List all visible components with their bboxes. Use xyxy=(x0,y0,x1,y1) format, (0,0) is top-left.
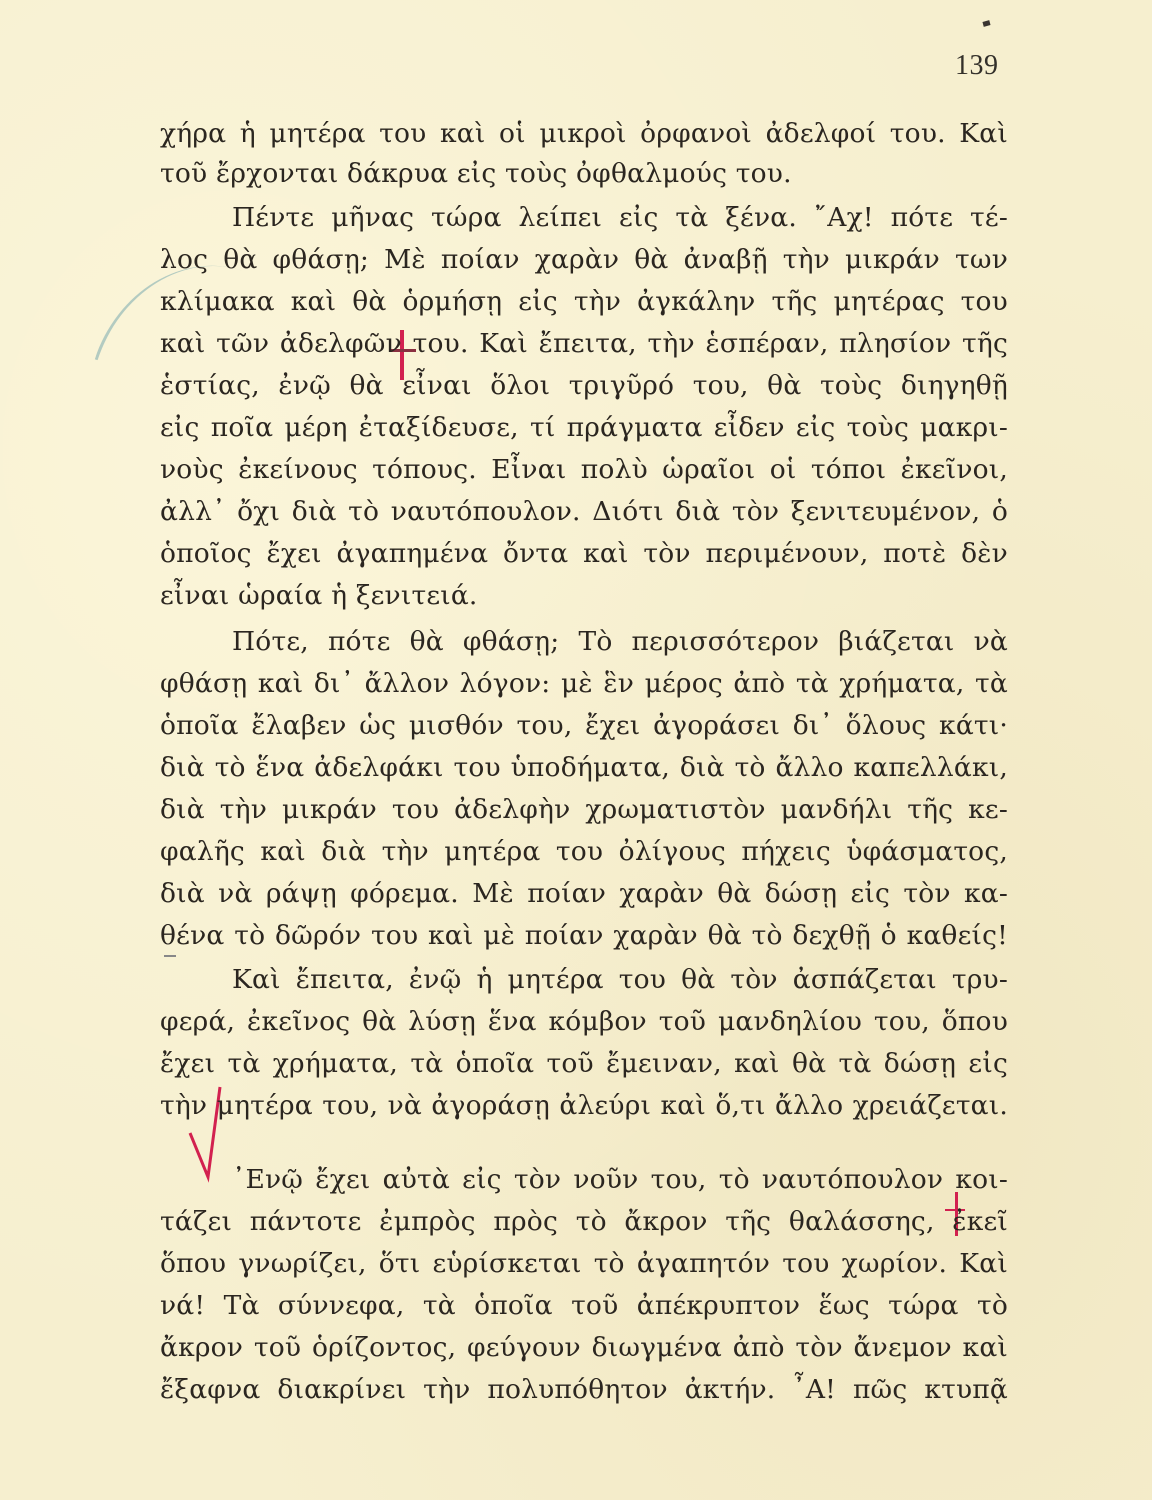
text-line: φαλῆς καὶ διὰ τὴν μητέρα του ὀλίγους πήχ… xyxy=(160,832,1008,872)
text-line: εἶναι ὡραία ἡ ξενιτειά. xyxy=(160,576,1008,616)
text-line: Καὶ ἔπειτα, ἐνῷ ἡ μητέρα του θὰ τὸν ἀσπά… xyxy=(160,960,1008,1000)
text-line: ᾿Ενῷ ἔχει αὐτὰ εἰς τὸν νοῦν του, τὸ ναυτ… xyxy=(160,1160,1008,1200)
text-line: διὰ τὸ ἕνα ἀδελφάκι του ὑποδήματα, διὰ τ… xyxy=(160,748,1008,788)
ink-speck xyxy=(982,20,990,27)
text-line: νά! Τὰ σύννεφα, τὰ ὁποῖα τοῦ ἀπέκρυπτον … xyxy=(160,1286,1008,1326)
text-line: ἀλλ᾿ ὄχι διὰ τὸ ναυτόπουλον. Διότι διὰ τ… xyxy=(160,492,1008,532)
text-line: ὁποῖος ἔχει ἀγαπημένα ὄντα καὶ τὸν περιμ… xyxy=(160,534,1008,574)
text-line: θένα τὸ δῶρόν του καὶ μὲ ποίαν χαρὰν θὰ … xyxy=(160,916,1008,956)
text-line: τοῦ ἔρχονται δάκρυα εἰς τοὺς ὀφθαλμούς τ… xyxy=(160,154,1008,194)
text-line: καὶ τῶν ἀδελφῶν του. Καὶ ἔπειτα, τὴν ἑσπ… xyxy=(160,324,1008,364)
text-line: ὅπου γνωρίζει, ὅτι εὑρίσκεται τὸ ἀγαπητό… xyxy=(160,1244,1008,1284)
text-line: φθάσῃ καὶ δι᾿ ἄλλον λόγον: μὲ ἓν μέρος ἀ… xyxy=(160,664,1008,704)
text-line: διὰ νὰ ράψῃ φόρεμα. Μὲ ποίαν χαρὰν θὰ δώ… xyxy=(160,874,1008,914)
text-line: ἔχει τὰ χρήματα, τὰ ὁποῖα τοῦ ἔμειναν, κ… xyxy=(160,1044,1008,1084)
text-line: ἑστίας, ἐνῷ θὰ εἶναι ὅλοι τριγῦρό του, θ… xyxy=(160,366,1008,406)
text-line: φερά, ἐκεῖνος θὰ λύσῃ ἕνα κόμβον τοῦ μαν… xyxy=(160,1002,1008,1042)
text-line: κλίμακα καὶ θὰ ὁρμήσῃ εἰς τὴν ἀγκάλην τῆ… xyxy=(160,282,1008,322)
text-line: τὴν μητέρα του, νὰ ἀγοράσῃ ἀλεύρι καὶ ὅ,… xyxy=(160,1086,1008,1126)
text-line: ὁποῖα ἔλαβεν ὡς μισθόν του, ἔχει ἀγοράσε… xyxy=(160,706,1008,746)
text-line: χήρα ἡ μητέρα του καὶ οἱ μικροὶ ὀρφανοὶ … xyxy=(160,114,1008,154)
text-line: διὰ τὴν μικράν του ἀδελφὴν χρωματιστὸν μ… xyxy=(160,790,1008,830)
text-line: ἔξαφνα διακρίνει τὴν πολυπόθητον ἀκτήν. … xyxy=(160,1370,1008,1410)
text-line: Πέντε μῆνας τώρα λείπει εἰς τὰ ξένα. ῎Αχ… xyxy=(160,198,1008,238)
text-line: νοὺς ἐκείνους τόπους. Εἶναι πολὺ ὡραῖοι … xyxy=(160,450,1008,490)
text-line: εἰς ποῖα μέρη ἐταξίδευσε, τί πράγματα εἶ… xyxy=(160,408,1008,448)
text-line: Πότε, πότε θὰ φθάσῃ; Τὸ περισσότερον βιά… xyxy=(160,622,1008,662)
book-page: 139 χήρα ἡ μητέρα του καὶ οἱ μικροὶ ὀρφα… xyxy=(0,0,1152,1500)
text-line: ἄκρον τοῦ ὁρίζοντος, φεύγουν διωγμένα ἀπ… xyxy=(160,1328,1008,1368)
text-line: τάζει πάντοτε ἐμπρὸς πρὸς τὸ ἄκρον τῆς θ… xyxy=(160,1202,1008,1242)
text-line: λος θὰ φθάσῃ; Μὲ ποίαν χαρὰν θὰ ἀναβῇ τὴ… xyxy=(160,240,1008,280)
page-number: 139 xyxy=(955,50,999,82)
